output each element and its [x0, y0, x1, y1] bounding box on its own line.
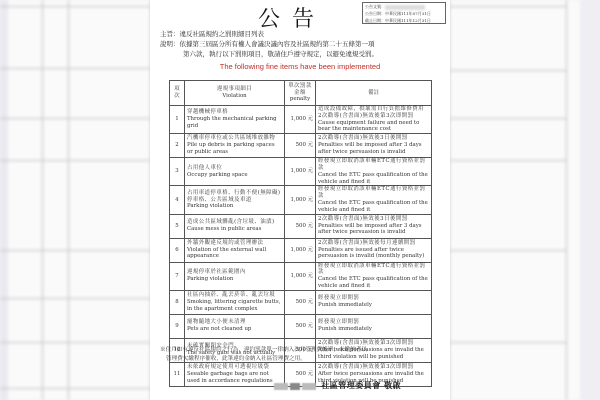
row-number: 1: [170, 106, 185, 134]
redacted-community-name: [274, 383, 288, 390]
table-row: 5造成公共區域髒亂(含垃圾、油漬)Cause mess in public ar…: [170, 214, 432, 238]
description-line-2: 第六款，執行以下罰則項目，敬請住戶遵守規定，以避免違規受罰。: [160, 49, 445, 59]
header-amount: 單次罰款金額penalty: [285, 81, 316, 106]
remarks-cell: 2次勸導(含書面)無效後每月連續開罰Penalties are issued a…: [316, 238, 432, 262]
header-no: 項次: [170, 81, 185, 106]
notice-date: 公告日期：中華民國111年07月31日: [365, 10, 445, 17]
table-row: 3占用他人車位Occupy parking space1,000 元經發現立即取…: [170, 158, 432, 186]
violation-cell: 未依政府規定使用可透視垃圾袋Seeable garbage bags are n…: [184, 362, 284, 386]
violation-cell: 社區內抽菸、亂丟菸蒂、亂丟垃圾Smoking, littering cigare…: [184, 290, 284, 314]
remarks-cell: 造成設備故障，損壞需自行負擔維修費用2次勸導(含書面)無效後第3次即開罰Caus…: [316, 106, 432, 134]
table-row: 1穿越機械停車格Through the mechanical parking g…: [170, 106, 432, 134]
footnote-line-1: ※住戶如有違反社區規約之行為，違約罰款單一律納入次月管理費帳單，未繳納者以: [160, 347, 367, 353]
description-line-1: 說明：依據第三屆區分所有權人會議決議內容及社區規約第二十五條第一項: [160, 40, 375, 48]
remarks-cell: 經發現立即開罰Punish immediately: [316, 290, 432, 314]
violation-cell: 違規停車於社區範圍內Parking violation: [184, 262, 284, 290]
background-document-right: [450, 0, 600, 400]
table-row: 8社區內抽菸、亂丟菸蒂、亂丟垃圾Smoking, littering cigar…: [170, 290, 432, 314]
violation-cell: 汽機車停車位或公共區域堆放雜物Pile up debris in parking…: [184, 134, 284, 158]
amount-cell: 500 元: [285, 314, 316, 338]
amount-cell: 500 元: [285, 290, 316, 314]
doc-number-label: 公告文號：: [365, 4, 385, 9]
footnote-line-2: 管理費欠繳程序催收，此筆違約金納入社區管理費之用。: [160, 355, 445, 364]
row-number: 4: [170, 186, 185, 214]
violation-cell: 寵物隨地大小便未清理Pets are not cleaned up: [184, 314, 284, 338]
notice-title: 公告: [258, 2, 326, 33]
amount-cell: 1,000 元: [285, 106, 316, 134]
notice-description: 說明：依據第三屆區分所有權人會議決議內容及社區規約第二十五條第一項 第六款，執行…: [160, 39, 445, 59]
amount-cell: 1,000 元: [285, 186, 316, 214]
signature-text: 社區管理委員會 敬啟: [321, 380, 401, 390]
row-number: 9: [170, 314, 185, 338]
background-document-left: [0, 0, 150, 400]
remarks-cell: 經發現立即開罰Punish immediately: [316, 314, 432, 338]
amount-cell: 500 元: [285, 214, 316, 238]
table-row: 2汽機車停車位或公共區域堆放雜物Pile up debris in parkin…: [170, 134, 432, 158]
header-remarks: 備註: [316, 81, 432, 106]
notice-subject: 主旨：違反社區規約之罰則細目列表: [160, 29, 264, 38]
table-row: 9寵物隨地大小便未清理Pets are not cleaned up500 元經…: [170, 314, 432, 338]
violation-cell: 占用車道停車格、行動不便(無障礙)停車格、公共區域及車道Parking viol…: [184, 186, 284, 214]
row-number: 5: [170, 214, 185, 238]
remarks-cell: 2次勸導(含書面)無效後3日後開罰Penalties will be impos…: [316, 134, 432, 158]
row-number: 11: [170, 362, 185, 386]
amount-cell: 500 元: [285, 134, 316, 158]
table-header-row: 項次 違規事項細目Violation 單次罰款金額penalty 備註: [170, 81, 432, 106]
header-violation: 違規事項細目Violation: [184, 81, 284, 106]
redacted-community-name: [290, 383, 300, 390]
remarks-cell: 經發現立即取消該車輛ETC通行資格並罰款Cancel the ETC pass …: [316, 158, 432, 186]
remarks-cell: 2次勸導(含書面)無效後3日後開罰Penalties will be impos…: [316, 214, 432, 238]
remarks-cell: 經發現立即取消該車輛ETC通行資格並罰款Cancel the ETC pass …: [316, 262, 432, 290]
notice-deadline: 截止日期：中華民國111年12月31日: [365, 17, 445, 24]
table-row: 7違規停車於社區範圍內Parking violation1,000 元經發現立即…: [170, 262, 432, 290]
violation-cell: 穿越機械停車格Through the mechanical parking gr…: [184, 106, 284, 134]
violation-cell: 占用他人車位Occupy parking space: [184, 158, 284, 186]
notice-paper: 公告 公告文號： 公告日期：中華民國111年07月31日 截止日期：中華民國11…: [150, 0, 450, 400]
violation-cell: 外牆外觀違反規約或管理辦法Violation of the external w…: [184, 238, 284, 262]
amount-cell: 1,000 元: [285, 262, 316, 290]
violation-cell: 造成公共區域髒亂(含垃圾、油漬)Cause mess in public are…: [184, 214, 284, 238]
signature: 社區管理委員會 敬啟: [274, 380, 401, 391]
row-number: 6: [170, 238, 185, 262]
row-number: 3: [170, 158, 185, 186]
redacted-doc-number: [385, 5, 425, 10]
amount-cell: 1,000 元: [285, 238, 316, 262]
table-row: 4占用車道停車格、行動不便(無障礙)停車格、公共區域及車道Parking vio…: [170, 186, 432, 214]
amount-cell: 1,000 元: [285, 158, 316, 186]
row-number: 7: [170, 262, 185, 290]
fines-table: 項次 違規事項細目Violation 單次罰款金額penalty 備註 1穿越機…: [169, 80, 432, 387]
english-note: The following fine items have been imple…: [150, 62, 450, 71]
row-number: 2: [170, 134, 185, 158]
row-number: 8: [170, 290, 185, 314]
notice-meta-box: 公告文號： 公告日期：中華民國111年07月31日 截止日期：中華民國111年1…: [362, 2, 446, 24]
footnote: ※住戶如有違反社區規約之行為，違約罰款單一律納入次月管理費帳單，未繳納者以 管理…: [160, 346, 445, 363]
remarks-cell: 經發現立即取消該車輛ETC通行資格並罰款Cancel the ETC pass …: [316, 186, 432, 214]
redacted-community-name: [302, 383, 316, 390]
table-row: 6外牆外觀違反規約或管理辦法Violation of the external …: [170, 238, 432, 262]
